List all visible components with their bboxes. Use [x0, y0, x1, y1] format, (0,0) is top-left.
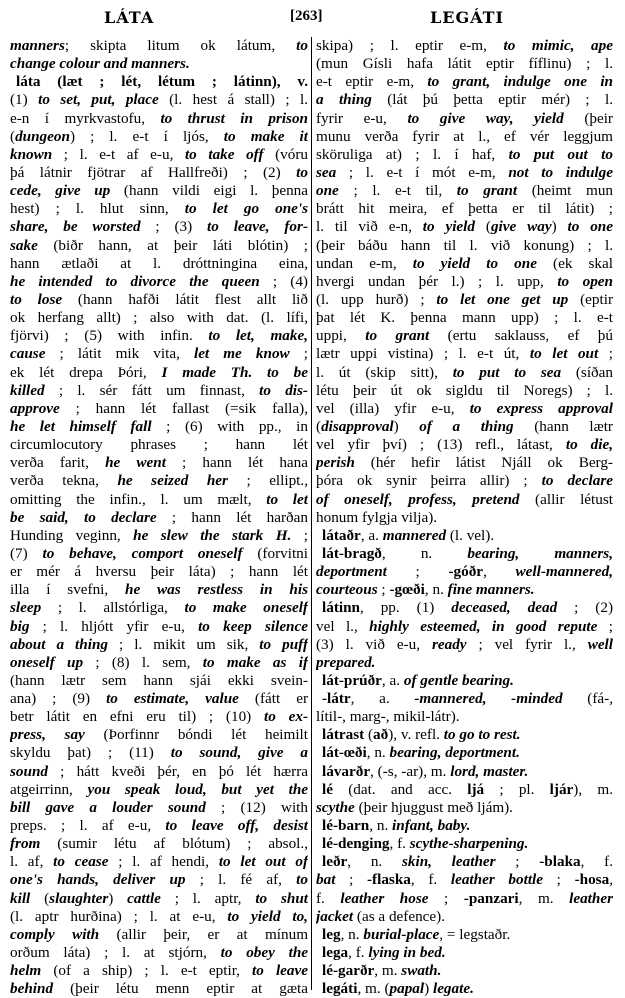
- italic-gloss: to put to sea: [453, 364, 561, 381]
- italic-gloss: to let go one's: [185, 200, 308, 217]
- bold-headword: látinn: [322, 599, 360, 616]
- italic-gloss: to grant, indulge one in: [427, 73, 613, 90]
- italic-gloss: burial-place: [363, 926, 439, 943]
- text-line: lítil-, marg-, mikil-látr).: [316, 708, 613, 726]
- text-line: leðr, n. skin, leather ; -blaka, f.: [316, 853, 613, 871]
- text-line: big ; l. hljótt yfir e-u, to keep silenc…: [10, 618, 308, 636]
- bold-headword: lát-prúðr: [322, 672, 382, 689]
- text-line: preps. ; l. af e-u, to leave off, desist: [10, 817, 308, 835]
- text-line: bill gave a louder sound ; (12) with: [10, 799, 308, 817]
- italic-gloss: to set, put, place: [38, 91, 159, 108]
- text-line: fyrir e-u, to give way, yield (þeir: [316, 110, 613, 128]
- italic-gloss: to let: [266, 491, 308, 508]
- italic-gloss: to mimic, ape: [503, 37, 613, 54]
- italic-gloss: ready: [432, 636, 467, 653]
- italic-gloss: to: [296, 871, 308, 888]
- italic-gloss: leather bottle: [451, 871, 543, 888]
- column-divider: [311, 37, 312, 990]
- text-line: (l. aptr hurðina) ; l. at e-u, to yield …: [10, 908, 308, 926]
- bold-headword: -blaka: [539, 853, 580, 870]
- text-line: þóra ok synir þeirra allir) ; to declare: [316, 472, 613, 490]
- italic-gloss: deportment: [316, 563, 387, 580]
- text-line: munu verða fyrir at l., ef vér leggjum: [316, 128, 613, 146]
- italic-gloss: cause: [10, 345, 45, 362]
- italic-gloss: to grant: [365, 327, 429, 344]
- bold-headword: -flaska: [367, 871, 411, 888]
- italic-gloss: not to indulge: [508, 164, 613, 181]
- text-line: he let himself fall ; (6) with pp., in: [10, 418, 308, 436]
- italic-gloss: he slew the stark H.: [133, 527, 291, 544]
- right-column: skipa) ; l. eptir e-m, to mimic, ape(mun…: [316, 37, 613, 998]
- bold-headword: lé: [322, 781, 333, 798]
- italic-gloss: lord, master.: [450, 763, 528, 780]
- italic-gloss: he intended to divorce the queen: [10, 273, 260, 290]
- text-line: to lose (hann hafði látit flest allt lið: [10, 291, 308, 309]
- bold-headword: lega: [322, 944, 348, 961]
- italic-gloss: infant, baby.: [392, 817, 470, 834]
- bold-headword: ljár: [550, 781, 574, 798]
- text-line: lát-prúðr, a. of gentle bearing.: [316, 672, 613, 690]
- text-line: (dungeon) ; l. e-t í ljós, to make it: [10, 128, 308, 146]
- text-line: (hann lætr sem hann sjái ekki svein-: [10, 672, 308, 690]
- text-line: about a thing ; l. mikit um sik, to puff: [10, 636, 308, 654]
- italic-gloss: well-mannered,: [516, 563, 613, 580]
- text-line: fjörvi) ; (5) with infin. to let, make,: [10, 327, 308, 345]
- text-line: sleep ; l. allstórliga, to make oneself: [10, 599, 308, 617]
- italic-gloss: one's hands, deliver up: [10, 871, 186, 888]
- text-line: leg, n. burial-place, = legstaðr.: [316, 926, 613, 944]
- text-line: verða tekna, he seized her ; ellipt.,: [10, 472, 308, 490]
- text-line: ana) ; (9) to estimate, value (fátt er: [10, 690, 308, 708]
- bold-headword: lé-barn: [322, 817, 369, 834]
- bold-headword: -góðr: [448, 563, 483, 580]
- text-line: hvergi undan þér l.) ; l. upp, to open: [316, 273, 613, 291]
- italic-gloss: give way: [491, 218, 552, 235]
- italic-gloss: to ex-: [264, 708, 308, 725]
- text-line: ek lét drepa Þóri, I made Th. to be: [10, 364, 308, 382]
- italic-gloss: to sound, give a: [171, 744, 308, 761]
- text-line: he intended to divorce the queen ; (4): [10, 273, 308, 291]
- text-line: (l. upp hurð) ; to let one get up (eptir: [316, 291, 613, 309]
- italic-gloss: to take off: [185, 146, 264, 163]
- text-line: helm (of a ship) ; l. e-t eptir, to leav…: [10, 962, 308, 980]
- italic-gloss: to leave off, desist: [165, 817, 308, 834]
- text-line: ok herfang allt) ; also with dat. (l. lí…: [10, 309, 308, 327]
- italic-gloss: I made Th. to be: [162, 364, 308, 381]
- italic-gloss: change colour and manners.: [10, 55, 190, 72]
- italic-gloss: to lose: [10, 291, 62, 308]
- italic-gloss: to declare: [542, 472, 613, 489]
- text-line: lé-garðr, m. swath.: [316, 962, 613, 980]
- italic-gloss: leather hose: [340, 890, 428, 907]
- italic-gloss: dungeon: [15, 128, 70, 145]
- italic-gloss: perish: [316, 454, 355, 471]
- italic-gloss: swath.: [401, 962, 441, 979]
- italic-gloss: courteous: [316, 581, 378, 598]
- text-line: share, be worsted ; (3) to leave, for-: [10, 218, 308, 236]
- bold-headword: -gœði: [389, 581, 424, 598]
- left-column: manners; skipta litum ok látum, tochange…: [10, 37, 308, 998]
- text-line: betr látit en efni eru til) ; (10) to ex…: [10, 708, 308, 726]
- text-line: cede, give up (hann vildi eigi l. þenna: [10, 182, 308, 200]
- text-line: behind (þeir létu menn eptir at gæta: [10, 980, 308, 998]
- italic-gloss: killed: [10, 382, 45, 399]
- text-line: deportment ; -góðr, well-mannered,: [316, 563, 613, 581]
- italic-gloss: to let one get up: [436, 291, 568, 308]
- text-line: orðum láta) ; l. at stjórn, to obey the: [10, 944, 308, 962]
- text-line: þat lét K. þenna mann upp) ; l. e-t: [316, 309, 613, 327]
- text-line: látrast (að), v. refl. to go to rest.: [316, 726, 613, 744]
- text-line: honum fylgja vilja).: [316, 509, 613, 527]
- text-line: killed ; l. sér fátt um finnast, to dis-: [10, 382, 308, 400]
- text-line: hann ætlaði at l. dróttningina eina,: [10, 255, 308, 273]
- text-line: brátt hit meira, ef þetta er til látit) …: [316, 200, 613, 218]
- italic-gloss: mannered: [383, 527, 446, 544]
- italic-gloss: to: [296, 164, 308, 181]
- text-line: (disapproval) of a thing (hann lætr: [316, 418, 613, 436]
- italic-gloss: well: [588, 636, 613, 653]
- text-line: lega, f. lying in bed.: [316, 944, 613, 962]
- text-line: undan e-m, to yield to one (ek skal: [316, 255, 613, 273]
- italic-gloss: to puff: [259, 636, 308, 653]
- text-line: f. leather hose ; -panzari, m. leather: [316, 890, 613, 908]
- italic-gloss: to express approval: [470, 400, 613, 417]
- italic-gloss: to go to rest.: [444, 726, 521, 743]
- italic-gloss: to give way, yield: [407, 110, 563, 127]
- italic-gloss: to estimate, value: [106, 690, 239, 707]
- text-line: e-t eptir e-m, to grant, indulge one in: [316, 73, 613, 91]
- italic-gloss: he seized her: [117, 472, 227, 489]
- italic-gloss: share, be worsted: [10, 218, 141, 235]
- bold-headword: legáti: [322, 980, 357, 997]
- italic-gloss: to yield to,: [227, 908, 308, 925]
- italic-gloss: let me know: [194, 345, 290, 362]
- italic-gloss: to obey the: [221, 944, 308, 961]
- italic-gloss: to yield: [423, 218, 475, 235]
- italic-gloss: he let himself fall: [10, 418, 152, 435]
- italic-gloss: -mannered, -minded: [414, 690, 562, 707]
- italic-gloss: disapproval: [321, 418, 394, 435]
- text-line: approve ; hann lét fallast (=sik falla),: [10, 400, 308, 418]
- text-line: látinn, pp. (1) deceased, dead ; (2): [316, 599, 613, 617]
- text-line: prepared.: [316, 654, 613, 672]
- italic-gloss: scythe: [316, 799, 355, 816]
- italic-gloss: to let out: [530, 345, 598, 362]
- text-line: (7) to behave, comport oneself (forvitni: [10, 545, 308, 563]
- text-line: (mun Gísli hafa látit eptir fíflinu) ; l…: [316, 55, 613, 73]
- italic-gloss: a thing: [316, 91, 372, 108]
- italic-gloss: prepared.: [316, 654, 375, 671]
- italic-gloss: of gentle bearing.: [404, 672, 514, 689]
- text-line: l. af, to cease ; l. af hendi, to let ou…: [10, 853, 308, 871]
- text-line: skyldu þat) ; (11) to sound, give a: [10, 744, 308, 762]
- italic-gloss: bearing, manners,: [467, 545, 613, 562]
- italic-gloss: of oneself, profess, pretend: [316, 491, 520, 508]
- text-line: lát-œði, n. bearing, deportment.: [316, 744, 613, 762]
- italic-gloss: slaughter: [49, 890, 108, 907]
- italic-gloss: legate.: [433, 980, 474, 997]
- italic-gloss: cattle: [127, 890, 161, 907]
- italic-gloss: big: [10, 618, 29, 635]
- text-line: cause ; látit mik vita, let me know ;: [10, 345, 308, 363]
- text-line: (1) to set, put, place (l. hest á stall)…: [10, 91, 308, 109]
- text-line: -látr, a. -mannered, -minded (fá-,: [316, 690, 613, 708]
- page-number: [263]: [290, 8, 323, 25]
- text-line: uppi, to grant (ertu saklauss, ef þú: [316, 327, 613, 345]
- bold-headword: láta (læt ; lét, létum ; látinn), v.: [16, 73, 308, 90]
- text-line: lát-bragð, n. bearing, manners,: [316, 545, 613, 563]
- text-line: manners; skipta litum ok látum, to: [10, 37, 308, 55]
- bold-headword: látaðr: [322, 527, 361, 544]
- text-line: from (sumir létu af blótum) ; absol.,: [10, 835, 308, 853]
- text-line: e-n í myrkvastofu, to thrust in prison: [10, 110, 308, 128]
- text-line: vel l., highly esteemed, in good repute …: [316, 618, 613, 636]
- italic-gloss: fine manners.: [448, 581, 535, 598]
- italic-gloss: one: [316, 182, 339, 199]
- text-line: sea ; l. e-t í mót e-m, not to indulge: [316, 164, 613, 182]
- italic-gloss: to shut: [255, 890, 308, 907]
- text-line: comply with (allir þeir, er at mínum: [10, 926, 308, 944]
- text-line: (3) l. við e-u, ready ; vel fyrir l., we…: [316, 636, 613, 654]
- italic-gloss: jacket: [316, 908, 353, 925]
- text-line: be said, to declare ; hann lét harðan: [10, 509, 308, 527]
- text-line: hest) ; l. hlut sinn, to let go one's: [10, 200, 308, 218]
- text-line: scythe (þeir hjuggust með ljám).: [316, 799, 613, 817]
- text-line: of oneself, profess, pretend (allir létu…: [316, 491, 613, 509]
- text-line: er mér á hversu þeir láta) ; hann lét: [10, 563, 308, 581]
- italic-gloss: to let out of: [219, 853, 308, 870]
- italic-gloss: leather: [569, 890, 613, 907]
- italic-gloss: to leave: [252, 962, 308, 979]
- italic-gloss: cede, give up: [10, 182, 110, 199]
- text-line: kill (slaughter) cattle ; l. aptr, to sh…: [10, 890, 308, 908]
- italic-gloss: to die,: [566, 436, 613, 453]
- text-line: lé-denging, f. scythe-sharpening.: [316, 835, 613, 853]
- text-line: perish (hér hefir látist Njáll ok Berg-: [316, 454, 613, 472]
- italic-gloss: to let, make,: [208, 327, 308, 344]
- italic-gloss: sleep: [10, 599, 41, 616]
- text-line: circumlocutory phrases ; hann lét: [10, 436, 308, 454]
- bold-headword: látrast: [322, 726, 364, 743]
- italic-gloss: sea: [316, 164, 336, 181]
- bold-headword: ljá: [467, 781, 484, 798]
- text-line: jacket (as a defence).: [316, 908, 613, 926]
- italic-gloss: to one: [568, 218, 613, 235]
- text-line: (þeir báðu hann til l. við konung) ; l.: [316, 237, 613, 255]
- italic-gloss: to make as if: [203, 654, 308, 671]
- text-line: láta (læt ; lét, létum ; látinn), v.: [10, 73, 308, 91]
- text-line: one ; l. e-t til, to grant (heimt mun: [316, 182, 613, 200]
- right-running-headword: LEGÁTI: [430, 8, 504, 27]
- italic-gloss: he was restless in his: [125, 581, 308, 598]
- italic-gloss: about a thing: [10, 636, 108, 653]
- italic-gloss: bat: [316, 871, 335, 888]
- text-line: lætr uppi vistina) ; l. e-t út, to let o…: [316, 345, 613, 363]
- italic-gloss: comply with: [10, 926, 99, 943]
- italic-gloss: sake: [10, 237, 38, 254]
- italic-gloss: sound: [10, 763, 48, 780]
- bold-headword: lé-denging: [322, 835, 390, 852]
- text-line: lávarðr, (-s, -ar), m. lord, master.: [316, 763, 613, 781]
- text-line: vel yfir því) ; (13) refl., látast, to d…: [316, 436, 613, 454]
- text-line: l. til við e-n, to yield (give way) to o…: [316, 218, 613, 236]
- text-line: courteous ; -gœði, n. fine manners.: [316, 581, 613, 599]
- italic-gloss: press, say: [10, 726, 85, 743]
- italic-gloss: bearing, deportment.: [390, 744, 520, 761]
- italic-gloss: scythe-sharpening.: [410, 835, 529, 852]
- italic-gloss: be said, to declare: [10, 509, 157, 526]
- text-line: verða farit, he went ; hann lét hana: [10, 454, 308, 472]
- italic-gloss: to leave, for-: [207, 218, 308, 235]
- bold-headword: lávarðr: [322, 763, 370, 780]
- italic-gloss: manners: [10, 37, 65, 54]
- text-line: press, say (Þorfinnr bóndi lét heimilt: [10, 726, 308, 744]
- italic-gloss: helm: [10, 962, 41, 979]
- text-line: látaðr, a. mannered (l. vel).: [316, 527, 613, 545]
- italic-gloss: to behave, comport oneself: [43, 545, 243, 562]
- italic-gloss: to yield to one: [413, 255, 537, 272]
- italic-gloss: papal: [390, 980, 425, 997]
- text-line: a thing (lát þú þetta eptir mér) ; l.: [316, 91, 613, 109]
- text-line: Hunding veginn, he slew the stark H. ;: [10, 527, 308, 545]
- italic-gloss: oneself up: [10, 654, 83, 671]
- italic-gloss: known: [10, 146, 52, 163]
- italic-gloss: deceased, dead: [451, 599, 557, 616]
- italic-gloss: to cease: [53, 853, 108, 870]
- italic-gloss: skin, leather: [402, 853, 496, 870]
- italic-gloss: to put out to: [509, 146, 613, 163]
- italic-gloss: highly esteemed, in good repute: [369, 618, 597, 635]
- bold-headword: -hosa: [575, 871, 610, 888]
- italic-gloss: to keep silence: [198, 618, 308, 635]
- text-line: lé (dat. and acc. ljá ; pl. ljár), m.: [316, 781, 613, 799]
- bold-headword: leg: [322, 926, 341, 943]
- italic-gloss: bill gave a louder sound: [10, 799, 206, 816]
- bold-headword: lát-œði: [322, 744, 367, 761]
- bold-headword: að: [373, 726, 388, 743]
- italic-gloss: from: [10, 835, 40, 852]
- text-line: omitting the infin., l. um mælt, to let: [10, 491, 308, 509]
- italic-gloss: to open: [557, 273, 613, 290]
- text-line: illa í svefni, he was restless in his: [10, 581, 308, 599]
- text-line: vel (illa) yfir e-u, to express approval: [316, 400, 613, 418]
- italic-gloss: to dis-: [259, 382, 308, 399]
- bold-headword: -panzari: [464, 890, 519, 907]
- text-line: l. út (skip sitt), to put to sea (síðan: [316, 364, 613, 382]
- italic-gloss: to make it: [224, 128, 308, 145]
- text-line: skipa) ; l. eptir e-m, to mimic, ape: [316, 37, 613, 55]
- bold-headword: lé-garðr: [322, 962, 374, 979]
- text-line: one's hands, deliver up ; l. fé af, to: [10, 871, 308, 889]
- page-header: LÁTA [263] LEGÁTI: [0, 8, 625, 32]
- italic-gloss: he went: [105, 454, 166, 471]
- bold-headword: lát-bragð: [322, 545, 382, 562]
- text-line: oneself up ; (8) l. sem, to make as if: [10, 654, 308, 672]
- text-line: sake (biðr hann, at þeir láti blótin) ;: [10, 237, 308, 255]
- text-line: létu þeir út ok sigldu til Noregs) ; l.: [316, 382, 613, 400]
- bold-headword: -látr: [322, 690, 351, 707]
- italic-gloss: approve: [10, 400, 60, 417]
- text-line: atgeirrinn, you speak loud, but yet the: [10, 781, 308, 799]
- text-line: lé-barn, n. infant, baby.: [316, 817, 613, 835]
- bold-headword: leðr: [322, 853, 347, 870]
- italic-gloss: of a thing: [419, 418, 513, 435]
- text-line: sköruliga at) ; l. í haf, to put out to: [316, 146, 613, 164]
- text-line: known ; l. e-t af e-u, to take off (vóru: [10, 146, 308, 164]
- italic-gloss: kill: [10, 890, 30, 907]
- text-line: sound ; hátt kveði þér, en þó lét hærra: [10, 763, 308, 781]
- text-line: bat ; -flaska, f. leather bottle ; -hosa…: [316, 871, 613, 889]
- italic-gloss: to thrust in prison: [160, 110, 308, 127]
- text-line: þá látnir fjötrar af Hallfreði) ; (2) to: [10, 164, 308, 182]
- italic-gloss: behind: [10, 980, 53, 997]
- italic-gloss: to: [296, 37, 308, 54]
- italic-gloss: to grant: [457, 182, 517, 199]
- text-line: legáti, m. (papal) legate.: [316, 980, 613, 998]
- left-running-headword: LÁTA: [104, 8, 154, 27]
- italic-gloss: you speak loud, but yet the: [88, 781, 309, 798]
- italic-gloss: lying in bed.: [368, 944, 445, 961]
- text-line: change colour and manners.: [10, 55, 308, 73]
- italic-gloss: to make oneself: [184, 599, 308, 616]
